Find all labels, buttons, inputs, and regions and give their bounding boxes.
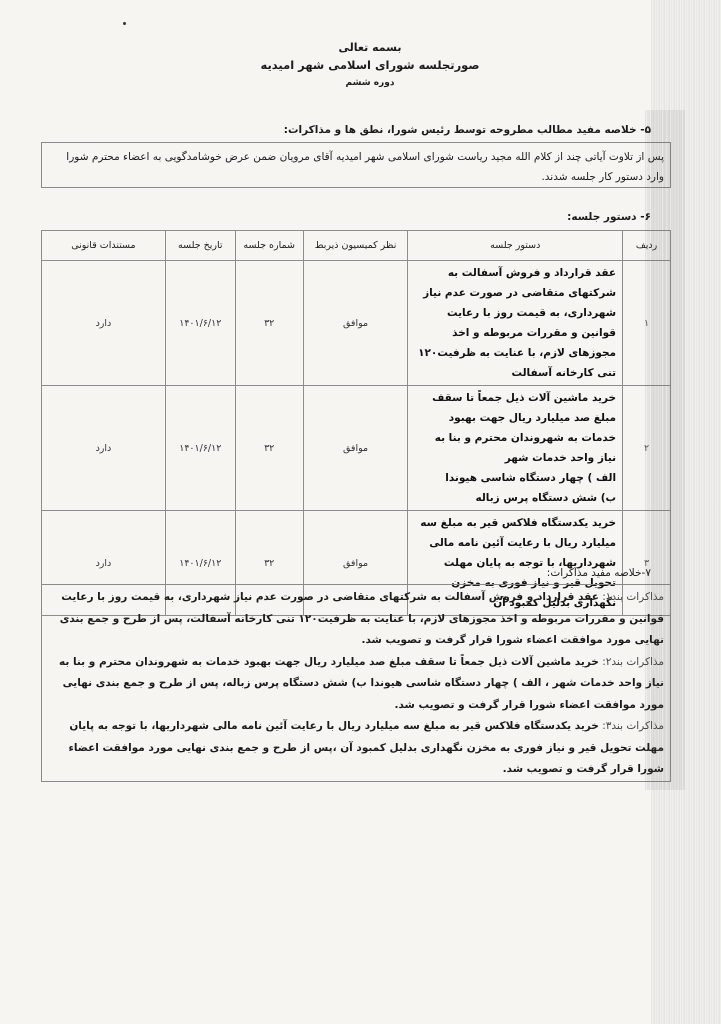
section5-text: پس از تلاوت آیاتی چند از کلام الله مجید … [66, 151, 664, 183]
commission-opinion: موافق [303, 386, 408, 511]
legal-docs: دارد [42, 386, 166, 511]
discussion-label: مذاکرات بند۱: [602, 591, 664, 603]
discussion-item-1: مذاکرات بند۱: عقد قرارداد و فروش آسفالت … [48, 587, 664, 652]
col-header-commission: نظر کمیسیون ذیربط [303, 231, 408, 261]
col-header-legal-docs: مستندات قانونی [42, 231, 166, 261]
session-date: ۱۴۰۱/۶/۱۲ [165, 261, 235, 386]
document-title: صورتجلسه شورای اسلامی شهر امیدیه [200, 58, 540, 72]
scan-speck [123, 22, 126, 25]
row-number: ۲ [623, 386, 671, 511]
agenda-text: خرید ماشین آلات ذیل جمعاً تا سقف مبلغ صد… [408, 386, 623, 511]
row-number: ۱ [623, 261, 671, 386]
council-term: دوره ششم [200, 78, 540, 88]
agenda-header-row: ردیف دستور جلسه نظر کمیسیون ذیربط شماره … [42, 231, 671, 261]
invocation-heading: بسمه تعالی [200, 41, 540, 54]
document-page: بسمه تعالی صورتجلسه شورای اسلامی شهر امی… [0, 0, 721, 1024]
agenda-text: عقد قرارداد و فروش آسفالت به شرکتهای متق… [408, 261, 623, 386]
discussion-text: خرید ماشین آلات ذیل جمعاً تا سقف مبلغ صد… [59, 656, 664, 711]
session-number: ۳۲ [235, 261, 303, 386]
col-header-session-no: شماره جلسه [235, 231, 303, 261]
discussion-item-2: مذاکرات بند۲: خرید ماشین آلات ذیل جمعاً … [48, 652, 664, 717]
table-row: ۲ خرید ماشین آلات ذیل جمعاً تا سقف مبلغ … [42, 386, 671, 511]
discussion-item-3: مذاکرات بند۳: خرید یکدستگاه فلاکس قیر به… [48, 716, 664, 781]
section7-discussion-box: مذاکرات بند۱: عقد قرارداد و فروش آسفالت … [41, 584, 671, 782]
discussion-text: عقد قرارداد و فروش آسفالت به شرکتهای متق… [60, 591, 664, 646]
section7-title: ۷-خلاصه مفید مذاکرات: [547, 567, 651, 579]
agenda-table: ردیف دستور جلسه نظر کمیسیون ذیربط شماره … [41, 230, 671, 616]
legal-docs: دارد [42, 261, 166, 386]
section6-title: ۶- دستور جلسه: [567, 211, 651, 223]
section5-summary-box: پس از تلاوت آیاتی چند از کلام الله مجید … [41, 142, 671, 188]
col-header-date: تاریخ جلسه [165, 231, 235, 261]
col-header-row: ردیف [623, 231, 671, 261]
discussion-label: مذاکرات بند۳: [602, 720, 664, 732]
section5-title: ۵- خلاصه مفید مطالب مطروحه توسط رئیس شور… [284, 124, 651, 136]
commission-opinion: موافق [303, 261, 408, 386]
discussion-label: مذاکرات بند۲: [602, 656, 664, 668]
session-number: ۳۲ [235, 386, 303, 511]
session-date: ۱۴۰۱/۶/۱۲ [165, 386, 235, 511]
discussion-text: خرید یکدستگاه فلاکس قیر به مبلغ سه میلیا… [68, 720, 664, 775]
table-row: ۱ عقد قرارداد و فروش آسفالت به شرکتهای م… [42, 261, 671, 386]
col-header-agenda: دستور جلسه [408, 231, 623, 261]
